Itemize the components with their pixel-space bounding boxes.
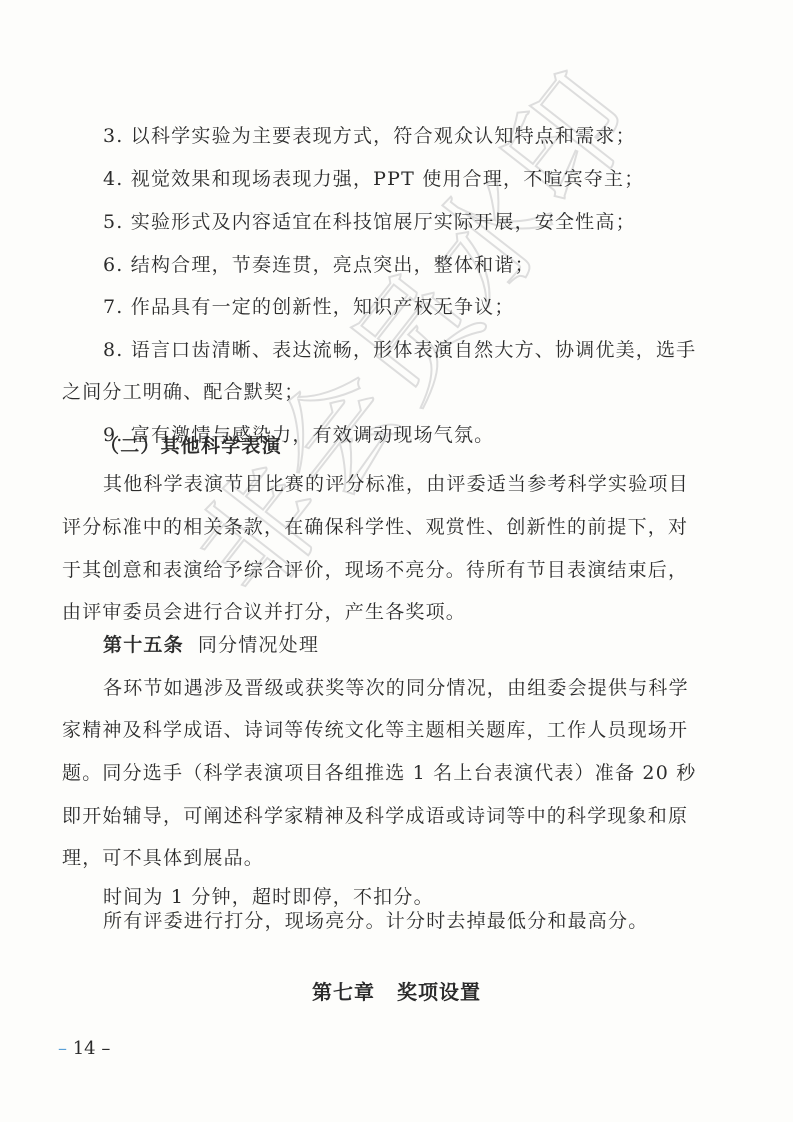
chapter-title: 奖项设置 — [397, 980, 481, 1004]
chapter-heading: 第七章奖项设置 — [0, 976, 793, 1005]
section-heading: （二）其他科学表演 — [100, 434, 760, 458]
document-page: 非会员水印 3. 以科学实验为主要表现方式，符合观众认知特点和需求； 4. 视觉… — [0, 0, 793, 1122]
criteria-item: 4. 视觉效果和现场表现力强，PPT 使用合理，不喧宾夺主； — [103, 167, 763, 191]
chapter-number: 第七章 — [312, 980, 375, 1004]
page-number-value: 14 — [73, 1038, 96, 1059]
paragraph-line: 评分标准中的相关条款，在确保科学性、观赏性、创新性的前提下，对 — [62, 515, 722, 539]
criteria-item: 3. 以科学实验为主要表现方式，符合观众认知特点和需求； — [103, 124, 763, 148]
criteria-item: 8. 语言口齿清晰、表达流畅，形体表演自然大方、协调优美，选手 — [103, 338, 763, 362]
paragraph-line: 由评审委员会进行合议并打分，产生各奖项。 — [62, 600, 722, 624]
article-number: 第十五条 — [103, 634, 184, 656]
time-rule: 时间为 1 分钟，超时即停，不扣分。 — [103, 885, 763, 909]
criteria-item-continuation: 之间分工明确、配合默契； — [62, 380, 722, 404]
paragraph-line: 题。同分选手（科学表演项目各组推选 1 名上台表演代表）准备 20 秒 — [62, 761, 722, 785]
paragraph-line: 家精神及科学成语、诗词等传统文化等主题相关题库，工作人员现场开 — [62, 718, 722, 742]
paragraph-line: 各环节如遇涉及晋级或获奖等次的同分情况，由组委会提供与科学 — [103, 676, 763, 700]
page-number-dash-right: – — [101, 1038, 110, 1059]
article-title: 同分情况处理 — [198, 634, 319, 656]
page-number-dash-left: – — [58, 1038, 67, 1059]
criteria-item: 5. 实验形式及内容适宜在科技馆展厅实际开展，安全性高； — [103, 210, 763, 234]
page-number: – 14 – — [58, 1038, 110, 1059]
scoring-rule: 所有评委进行打分，现场亮分。计分时去掉最低分和最高分。 — [103, 909, 763, 933]
paragraph-line: 理，可不具体到展品。 — [62, 846, 722, 870]
article-heading: 第十五条同分情况处理 — [103, 633, 763, 657]
paragraph-line: 其他科学表演节目比赛的评分标准，由评委适当参考科学实验项目 — [103, 472, 763, 496]
criteria-item: 7. 作品具有一定的创新性，知识产权无争议； — [103, 295, 763, 319]
paragraph-line: 即开始辅导，可阐述科学家精神及科学成语或诗词等中的科学现象和原 — [62, 804, 722, 828]
paragraph-line: 于其创意和表演给予综合评价，现场不亮分。待所有节目表演结束后， — [62, 558, 722, 582]
criteria-item: 6. 结构合理，节奏连贯，亮点突出，整体和谐； — [103, 253, 763, 277]
